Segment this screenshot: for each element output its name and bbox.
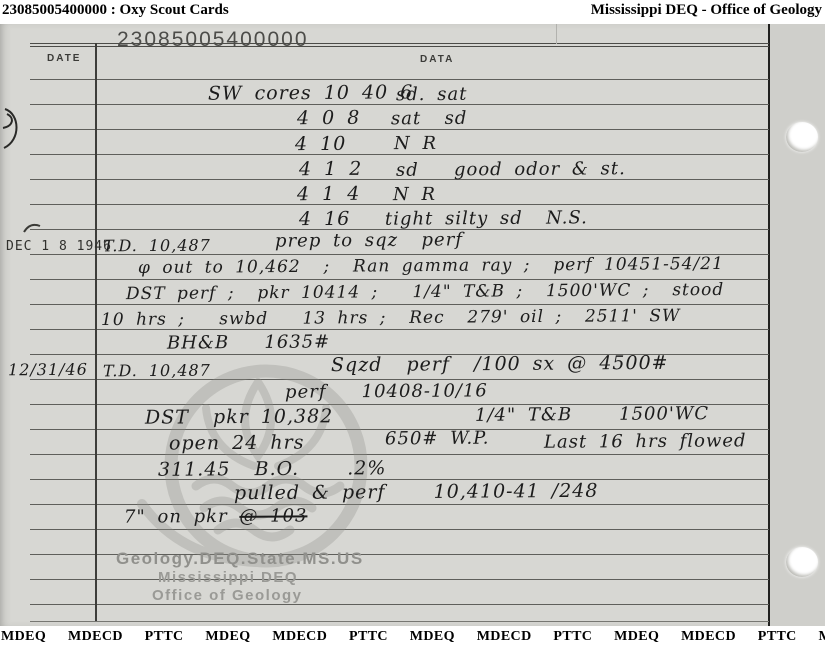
agency-title: Mississippi DEQ - Office of Geology	[591, 2, 822, 19]
scout-card-viewer: 23085005400000 : Oxy Scout Cards Mississ…	[0, 0, 825, 647]
handwriting-line: 4 1 2	[299, 158, 363, 180]
scan-right-margin	[770, 24, 825, 626]
handwriting-line: sat sd	[391, 108, 468, 130]
handwriting-line: SW cores 10 40 6	[208, 81, 413, 104]
scanned-card: 23085005400000 DATE DATA	[0, 24, 825, 626]
pkr-text: 7" on pkr	[124, 506, 240, 528]
handwriting-line: 4 10	[295, 133, 346, 155]
handwriting-line: sd good odor & st.	[396, 158, 626, 181]
handwriting-line: BH&B 1635#	[167, 331, 330, 353]
data-column-header: DATA	[420, 54, 454, 65]
punch-hole-bottom	[786, 547, 818, 577]
handwriting-line-struck: 7" on pkr @ 103	[124, 505, 308, 527]
handwriting-line: T.D. 10,487	[103, 236, 211, 256]
handwriting-line: 4 0 8	[297, 107, 361, 129]
handwriting-line: pulled & perf 10,410-41 /248	[234, 480, 599, 505]
handwriting-line: perf 10408-10/16	[285, 380, 488, 402]
handwriting-line: 1/4" T&B 1500'WC	[475, 403, 709, 426]
handwriting-line: sd. sat	[396, 84, 468, 105]
header-rule-top	[30, 43, 769, 44]
handwriting-line: φ out to 10,462 ; Ran gamma ray ; perf 1…	[138, 254, 724, 278]
date-stamp: DEC 1 8 1946	[6, 239, 112, 254]
document-title: 23085005400000 : Oxy Scout Cards	[2, 2, 229, 19]
date-handwritten: 12/31/46	[8, 360, 88, 380]
handwriting-line: DST pkr 10,382	[145, 405, 333, 428]
watermark-agency: Mississippi DEQ	[158, 569, 298, 586]
bottom-bar: MDEQ MDECD PTTC MDEQ MDECD PTTC MDEQ MDE…	[0, 626, 825, 647]
handwriting-line: 4 16	[299, 208, 350, 230]
handwriting-line: N R	[393, 184, 436, 205]
handwriting-line: T.D. 10,487	[103, 361, 211, 381]
handwriting-line: N R	[394, 133, 437, 154]
handwriting-line: 4 1 4	[297, 183, 361, 205]
handwriting-line: prep to sqz perf	[275, 229, 463, 251]
api-number-stamp: 23085005400000	[117, 28, 309, 52]
handwriting-line: open 24 hrs	[169, 432, 305, 455]
top-title-bar: 23085005400000 : Oxy Scout Cards Mississ…	[0, 0, 825, 24]
handwriting-line: 311.45 B.O. .2%	[158, 457, 387, 481]
footer-text: MDEQ MDECD PTTC MDEQ MDECD PTTC MDEQ MDE…	[1, 629, 825, 645]
handwriting-line: 650# W.P.	[385, 428, 490, 450]
date-column-header: DATE	[47, 53, 81, 64]
fold-mark	[556, 24, 557, 44]
handwriting-line: 10 hrs ; swbd 13 hrs ; Rec 279' oil ; 25…	[101, 306, 681, 330]
card-bottom-rule	[30, 621, 769, 622]
watermark-url: Geology.DEQ.State.MS.US	[116, 549, 364, 569]
header-rule-bottom	[30, 46, 769, 47]
small-tick-mark	[22, 220, 42, 236]
handwriting-line: tight silty sd N.S.	[385, 207, 588, 229]
handwriting-line: Sqzd perf /100 sx @ 4500#	[331, 352, 669, 376]
edge-scribble-mark	[1, 104, 25, 152]
date-column-divider	[95, 43, 97, 622]
handwriting-line: DST perf ; pkr 10414 ; 1/4" T&B ; 1500'W…	[126, 280, 724, 304]
struck-text: @ 103	[239, 505, 307, 526]
punch-hole-top	[786, 122, 818, 152]
handwriting-line: Last 16 hrs flowed	[544, 430, 747, 452]
watermark-office: Office of Geology	[152, 587, 303, 604]
